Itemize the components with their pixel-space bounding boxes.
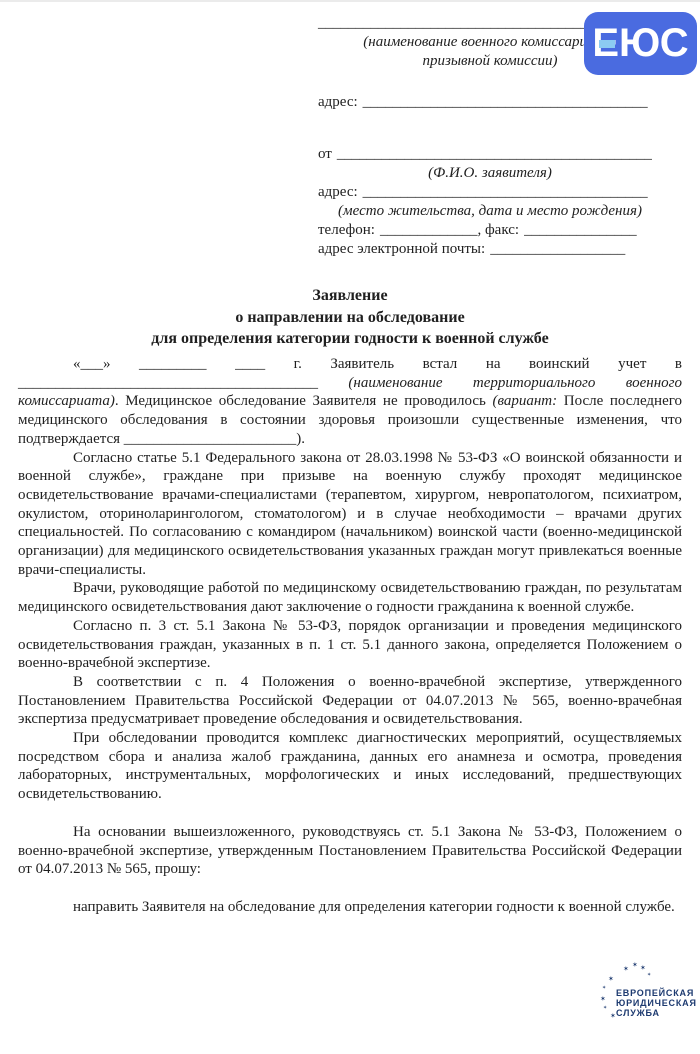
phone-fax-row: телефон:_____________, факс:____________… (318, 221, 662, 240)
star-icon: ✶ (623, 966, 629, 973)
footer-logo-line-1: ЕВРОПЕЙСКАЯ (616, 988, 697, 998)
star-icon: ✶ (640, 965, 646, 972)
email-label: адрес электронной почты: (318, 241, 485, 257)
paragraph: При обследовании проводится комплекс диа… (18, 729, 682, 804)
paragraph-segment: При обследовании проводится комплекс диа… (18, 730, 682, 802)
fax-blank: _______________ (524, 222, 637, 238)
residence-caption: (место жительства, дата и место рождения… (318, 202, 662, 221)
paragraph-segment: ________________________________________ (18, 375, 348, 391)
paragraph-segment: Согласно п. 3 ст. 5.1 Закона № 53-ФЗ, по… (18, 618, 682, 671)
address2-row: адрес:__________________________________… (318, 183, 662, 202)
title-line-2: о направлении на обследование (0, 307, 700, 329)
star-icon: ✶ (608, 976, 614, 983)
paragraph: Врачи, руководящие работой по медицинско… (18, 579, 682, 616)
email-row: адрес электронной почты:________________… (318, 240, 662, 259)
address-blank: ______________________________________ (363, 94, 648, 110)
fax-label: , факс: (477, 222, 519, 238)
star-icon: ✶ (610, 1013, 616, 1020)
paragraph-segment: Врачи, руководящие работой по медицинско… (18, 580, 682, 615)
eus-badge-accent-bar (599, 40, 615, 48)
paragraph: Согласно п. 3 ст. 5.1 Закона № 53-ФЗ, по… (18, 617, 682, 673)
address-label: адрес: (318, 94, 358, 110)
paragraph-segment: Согласно статье 5.1 Федерального закона … (18, 450, 682, 578)
star-icon: ✶ (647, 973, 651, 978)
paragraph-segment: направить Заявителя на обследование для … (73, 899, 675, 915)
star-icon: ✶ (600, 996, 606, 1003)
address2-label: адрес: (318, 184, 358, 200)
phone-blank: _____________ (380, 222, 478, 238)
paragraph-segment: На основании вышеизложенного, руководств… (18, 824, 682, 877)
from-blank: ________________________________________… (337, 146, 652, 162)
paragraph: На основании вышеизложенного, руководств… (18, 823, 682, 879)
paragraph-segment-italic: (вариант: (492, 393, 557, 409)
address-row: адрес:__________________________________… (318, 93, 662, 112)
footer-logo-text: ЕВРОПЕЙСКАЯ ЮРИДИЧЕСКАЯ СЛУЖБА (616, 988, 697, 1018)
title-line-1: Заявление (0, 285, 700, 307)
title-line-3: для определения категории годности к вое… (0, 328, 700, 350)
footer-logo-line-3: СЛУЖБА (616, 1008, 697, 1018)
footer-logo: ✶ ✶ ✶ ✶ ✶ ✶ ✶ ✶ ✶ ЕВРОПЕЙСКАЯ ЮРИДИЧЕСКА… (594, 956, 698, 1026)
paragraph-segment: В соответствии с п. 4 Положения о военно… (18, 674, 682, 727)
star-icon: ✶ (603, 1006, 607, 1011)
star-icon: ✶ (632, 962, 638, 969)
from-row: от______________________________________… (318, 145, 662, 164)
address2-blank: ______________________________________ (363, 184, 648, 200)
document-page: ________________________________________… (0, 0, 700, 1054)
email-blank: __________________ (490, 241, 625, 257)
from-label: от (318, 146, 332, 162)
body-paragraphs: «___» _________ ____ г. Заявитель встал … (18, 355, 682, 917)
phone-label: телефон: (318, 222, 375, 238)
paragraph-segment: . Медицинское обследование Заявителя не … (115, 393, 493, 409)
eus-brand-badge: ЕЮС (584, 12, 697, 75)
document-title: Заявление о направлении на обследование … (0, 285, 700, 350)
paragraph: «___» _________ ____ г. Заявитель встал … (18, 355, 682, 449)
star-icon: ✶ (602, 986, 606, 991)
paragraph: Согласно статье 5.1 Федерального закона … (18, 449, 682, 580)
paragraph: В соответствии с п. 4 Положения о военно… (18, 673, 682, 729)
paragraph-segment: «___» _________ ____ г. Заявитель встал … (73, 356, 682, 372)
footer-logo-line-2: ЮРИДИЧЕСКАЯ (616, 998, 697, 1008)
paragraph: направить Заявителя на обследование для … (18, 898, 682, 917)
fio-caption: (Ф.И.О. заявителя) (318, 164, 662, 183)
